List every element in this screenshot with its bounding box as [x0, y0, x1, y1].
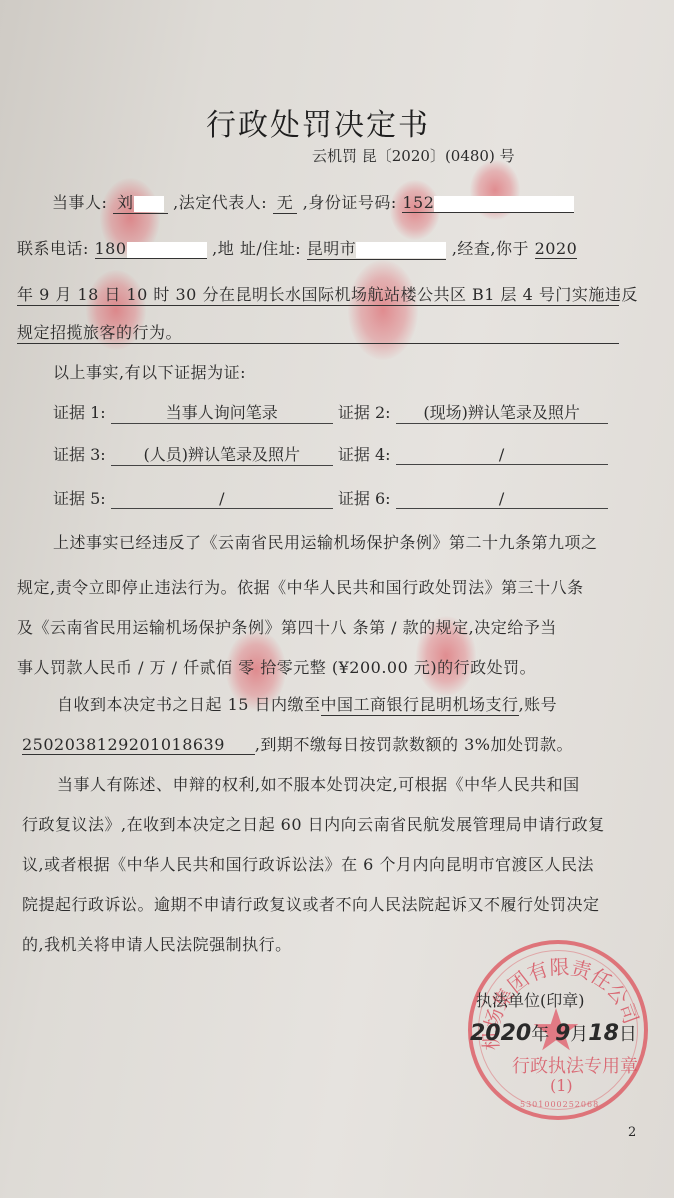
fingerprint-mark [348, 260, 418, 360]
phone-label: 联系电话: [17, 239, 89, 258]
evidence-row: 证据 5: / 证据 6: / [53, 486, 608, 509]
bank-name: 中国工商银行昆明机场支行 [321, 692, 519, 716]
document-number: 云机罚 昆〔2020〕(0480) 号 [312, 145, 515, 166]
address-label: ,地 址/住址: [212, 239, 301, 258]
evidence-label: 证据 1: [53, 403, 106, 422]
payment-line-2: 2502038129201018639,到期不缴每日按罚款数额的 3%加处罚款。 [22, 732, 573, 755]
violation-line: 事人罚款人民币 / 万 / 仟贰佰 零 拾零元整 (¥200.00 元)的行政处… [17, 655, 536, 678]
month-suffix: 月 [570, 1024, 588, 1045]
evidence-label: 证据 6: [338, 489, 391, 508]
payment-prefix: 自收到本决定书之日起 15 日内缴至 [57, 695, 321, 714]
evidence-value: (人员)辨认笔录及照片 [111, 442, 333, 466]
address-value: 昆明市 [307, 236, 447, 260]
evidence-row: 证据 3: (人员)辨认笔录及照片 证据 4: / [53, 442, 608, 466]
hand-day: 18 [588, 1021, 619, 1046]
evidence-label: 证据 2: [338, 403, 391, 422]
party-name: 刘 [113, 190, 168, 214]
evidence-label: 证据 3: [53, 445, 106, 464]
contact-line: 联系电话: 180 ,地 址/住址: 昆明市 ,经查,你于 2020 [17, 236, 577, 260]
violation-line: 及《云南省民用运输机场保护条例》第四十八 条第 / 款的规定,决定给予当 [17, 615, 557, 638]
party-label: 当事人: [52, 193, 107, 212]
signature-date: 2020年 9月18日 [470, 1020, 637, 1046]
year-inline: 2020 [535, 239, 578, 259]
account-label: ,账号 [519, 695, 558, 714]
violation-line: 上述事实已经违反了《云南省民用运输机场保护条例》第二十九条第九项之 [53, 530, 598, 553]
legal-rep-value: 无 [273, 190, 298, 214]
evidence-value: / [396, 489, 608, 509]
seal-code: 5301000252068 [520, 1100, 599, 1109]
id-number: 152 [402, 193, 574, 213]
seal-center-text: 行政执法专用章 [512, 1052, 638, 1078]
rights-line: 的,我机关将申请人民法院强制执行。 [22, 932, 292, 955]
late-fee-text: ,到期不缴每日按罚款数额的 3%加处罚款。 [255, 735, 573, 754]
evidence-value: / [396, 445, 608, 465]
rights-line: 当事人有陈述、申辩的权利,如不服本处罚决定,可根据《中华人民共和国 [57, 772, 580, 795]
account-number: 2502038129201018639 [22, 735, 255, 755]
rights-line: 行政复议法》,在收到本决定之日起 60 日内向云南省民航发展管理局申请行政复 [22, 812, 605, 835]
payment-line-1: 自收到本决定书之日起 15 日内缴至中国工商银行昆明机场支行,账号 [57, 692, 557, 716]
evidence-intro: 以上事实,有以下证据为证: [53, 360, 246, 383]
hand-year: 2020 [470, 1021, 531, 1046]
rights-line: 议,或者根据《中华人民共和国行政诉讼法》在 6 个月内向昆明市官渡区人民法 [22, 852, 594, 875]
seal-number: (1) [550, 1076, 573, 1095]
rights-line: 院提起行政诉讼。逾期不申请行政复议或者不向人民法院起诉又不履行处罚决定 [22, 892, 600, 915]
facts-line-1: 年 9 月 18 日 10 时 30 分在昆明长水国际机场航站楼公共区 B1 层… [17, 282, 619, 306]
facts-line-2: 规定招揽旅客的行为。 [17, 320, 619, 344]
party-line: 当事人: 刘 ,法定代表人: 无 ,身份证号码: 152 [52, 190, 574, 214]
evidence-label: 证据 5: [53, 489, 106, 508]
day-suffix: 日 [619, 1024, 637, 1045]
issuing-unit-label: 执法单位(印章) [476, 988, 585, 1011]
finding-text: ,经查,你于 [452, 239, 529, 258]
evidence-value: / [111, 489, 333, 509]
document-title: 行政处罚决定书 [206, 100, 430, 144]
evidence-label: 证据 4: [338, 445, 391, 464]
year-suffix: 年 [531, 1024, 549, 1045]
phone-number: 180 [95, 239, 207, 259]
hand-month: 9 [555, 1021, 570, 1046]
legal-rep-label: ,法定代表人: [173, 193, 267, 212]
document-page: 行政处罚决定书 云机罚 昆〔2020〕(0480) 号 当事人: 刘 ,法定代表… [0, 0, 674, 1198]
evidence-value: (现场)辨认笔录及照片 [396, 400, 608, 424]
violation-line: 规定,责令立即停止违法行为。依据《中华人民共和国行政处罚法》第三十八条 [17, 575, 584, 598]
id-label: ,身份证号码: [303, 193, 397, 212]
evidence-value: 当事人询问笔录 [111, 400, 333, 424]
page-number: 2 [628, 1125, 636, 1140]
evidence-row: 证据 1: 当事人询问笔录 证据 2: (现场)辨认笔录及照片 [53, 400, 608, 424]
